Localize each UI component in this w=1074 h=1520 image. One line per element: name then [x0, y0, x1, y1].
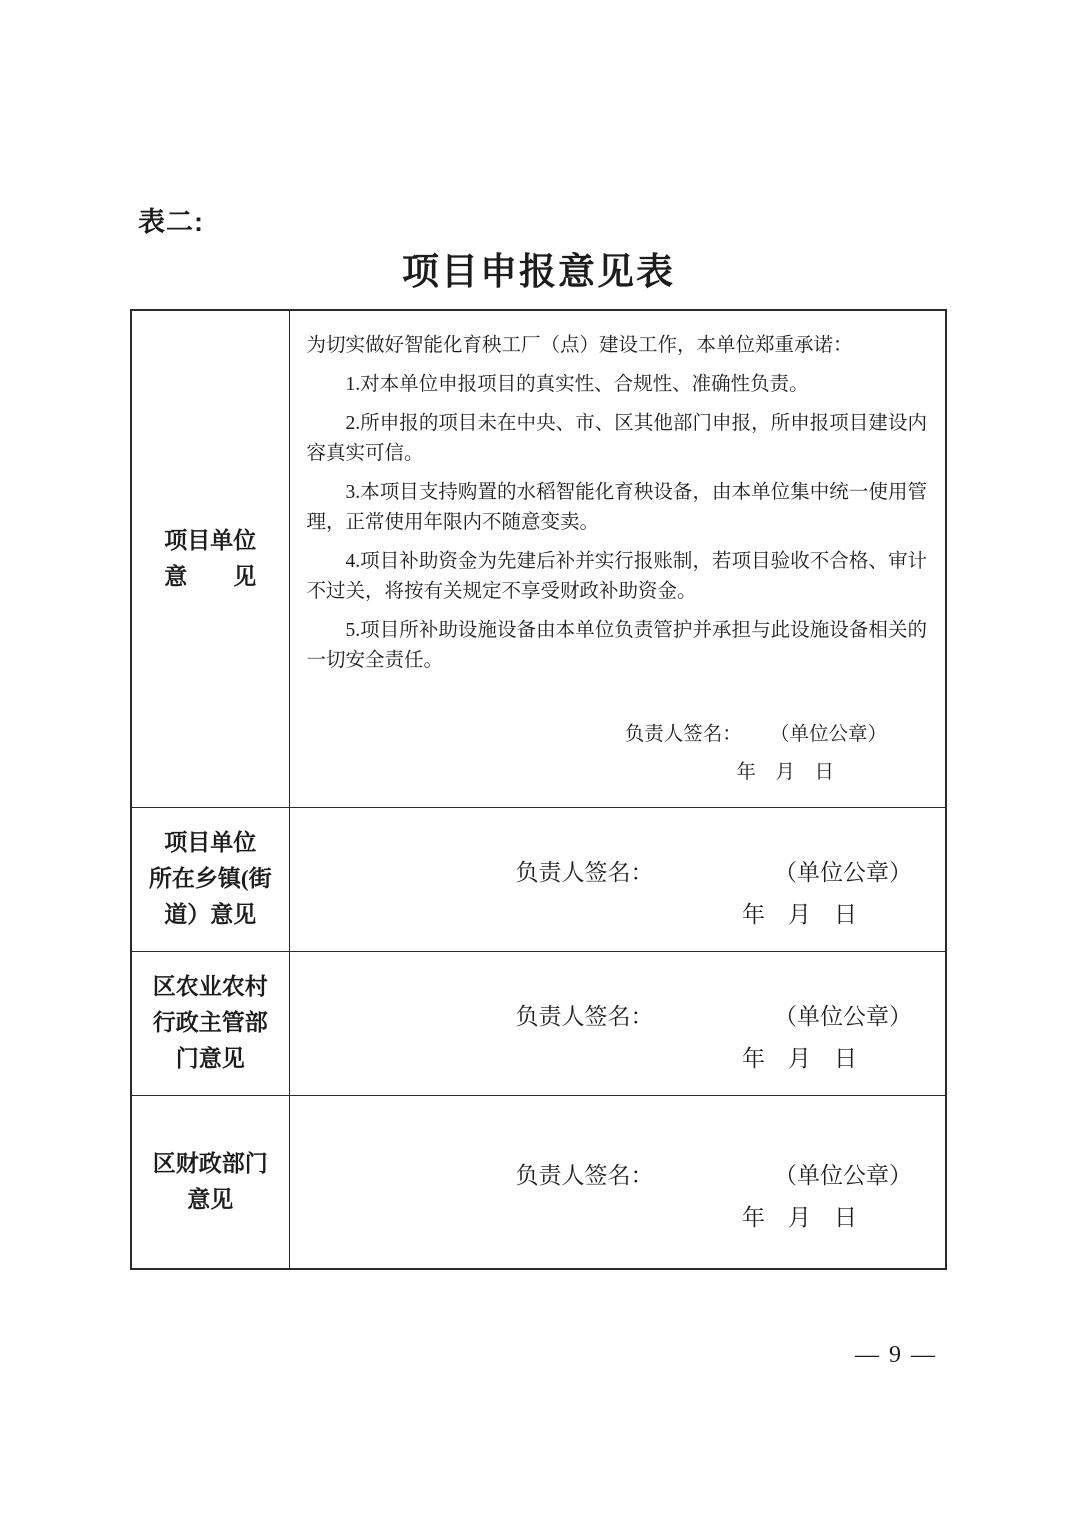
- row-label-line: 意见: [138, 1182, 283, 1218]
- date-line: 年 月 日: [307, 1201, 928, 1235]
- signature-line: 负责人签名：（单位公章）: [307, 1159, 928, 1193]
- signature-block: 负责人签名：（单位公章） 年 月 日: [307, 720, 928, 788]
- document-title: 项目申报意见表: [130, 251, 947, 295]
- seal-label: （单位公章）: [786, 1004, 913, 1029]
- form-number-label: 表二:: [138, 206, 204, 238]
- page-number: — 9 —: [130, 1342, 947, 1369]
- sign-label: 负责人签名：: [516, 860, 654, 885]
- row-label-line: 道）意见: [138, 897, 283, 933]
- date-line: 年 月 日: [307, 898, 928, 932]
- signature-line: 负责人签名：（单位公章）: [307, 856, 928, 890]
- row-project-unit-opinion: 项目单位 意 见 为切实做好智能化育秧工厂（点）建设工作，本单位郑重承诺： 1.…: [131, 310, 946, 807]
- township-signature-cell: 负责人签名：（单位公章） 年 月 日: [289, 807, 946, 951]
- document-page: 表二: 项目申报意见表 项目单位 意 见 为切实做好智能化育秧工厂（点）建设工作…: [0, 0, 1074, 1520]
- opinion-form-table: 项目单位 意 见 为切实做好智能化育秧工厂（点）建设工作，本单位郑重承诺： 1.…: [130, 309, 947, 1270]
- sign-label: 负责人签名：: [625, 724, 742, 745]
- seal-label: （单位公章）: [780, 724, 887, 745]
- commitment-item-4: 4.项目补助资金为先建后补并实行报账制，若项目验收不合格、审计不过关，将按有关规…: [307, 547, 928, 607]
- row-label-line: 项目单位: [138, 523, 283, 559]
- row-label-line: 意 见: [138, 559, 283, 595]
- signature-line: 负责人签名：（单位公章）: [307, 1000, 928, 1034]
- row-label-agriculture-dept-opinion: 区农业农村 行政主管部 门意见: [131, 951, 289, 1095]
- date-line: 年 月 日: [307, 758, 928, 788]
- agriculture-dept-signature-cell: 负责人签名：（单位公章） 年 月 日: [289, 951, 946, 1095]
- signature-line: 负责人签名：（单位公章）: [307, 720, 928, 750]
- row-label-line: 行政主管部: [138, 1005, 283, 1041]
- commitment-intro: 为切实做好智能化育秧工厂（点）建设工作，本单位郑重承诺：: [307, 331, 928, 361]
- row-label-line: 区财政部门: [138, 1146, 283, 1182]
- commitment-item-2: 2.所申报的项目未在中央、市、区其他部门申报，所申报项目建设内容真实可信。: [307, 409, 928, 469]
- seal-label: （单位公章）: [786, 1163, 913, 1188]
- row-label-line: 区农业农村: [138, 969, 283, 1005]
- finance-dept-signature-cell: 负责人签名：（单位公章） 年 月 日: [289, 1095, 946, 1269]
- date-line: 年 月 日: [307, 1042, 928, 1076]
- commitment-item-3: 3.本项目支持购置的水稻智能化育秧设备，由本单位集中统一使用管理，正常使用年限内…: [307, 478, 928, 538]
- row-label-line: 项目单位: [138, 825, 283, 861]
- seal-label: （单位公章）: [786, 860, 913, 885]
- row-label-finance-dept-opinion: 区财政部门 意见: [131, 1095, 289, 1269]
- row-label-project-unit-opinion: 项目单位 意 见: [131, 310, 289, 807]
- row-township-opinion: 项目单位 所在乡镇(街 道）意见 负责人签名：（单位公章） 年 月 日: [131, 807, 946, 951]
- row-agriculture-dept-opinion: 区农业农村 行政主管部 门意见 负责人签名：（单位公章） 年 月 日: [131, 951, 946, 1095]
- row-finance-dept-opinion: 区财政部门 意见 负责人签名：（单位公章） 年 月 日: [131, 1095, 946, 1269]
- row-label-township-opinion: 项目单位 所在乡镇(街 道）意见: [131, 807, 289, 951]
- row-label-line: 所在乡镇(街: [138, 861, 283, 897]
- sign-label: 负责人签名：: [516, 1163, 654, 1188]
- row-label-line: 门意见: [138, 1041, 283, 1077]
- project-unit-commitment-cell: 为切实做好智能化育秧工厂（点）建设工作，本单位郑重承诺： 1.对本单位申报项目的…: [289, 310, 946, 807]
- commitment-item-5: 5.项目所补助设施设备由本单位负责管护并承担与此设施设备相关的一切安全责任。: [307, 616, 928, 676]
- sign-label: 负责人签名：: [516, 1004, 654, 1029]
- commitment-item-1: 1.对本单位申报项目的真实性、合规性、准确性负责。: [307, 370, 928, 400]
